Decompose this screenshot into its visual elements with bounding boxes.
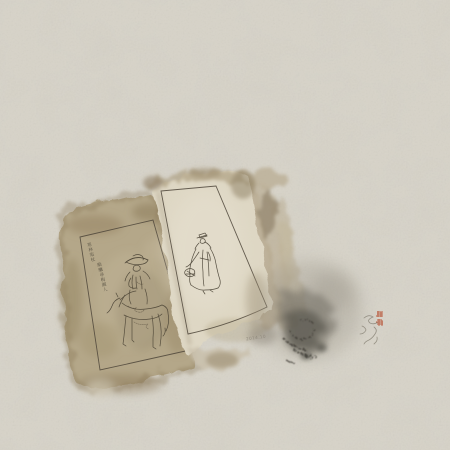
rider-ink-smudge	[116, 270, 168, 350]
painting: 寒林策杖 騎驢尋梅圖人 2014.10	[0, 0, 450, 450]
painting-canvas	[0, 0, 450, 450]
